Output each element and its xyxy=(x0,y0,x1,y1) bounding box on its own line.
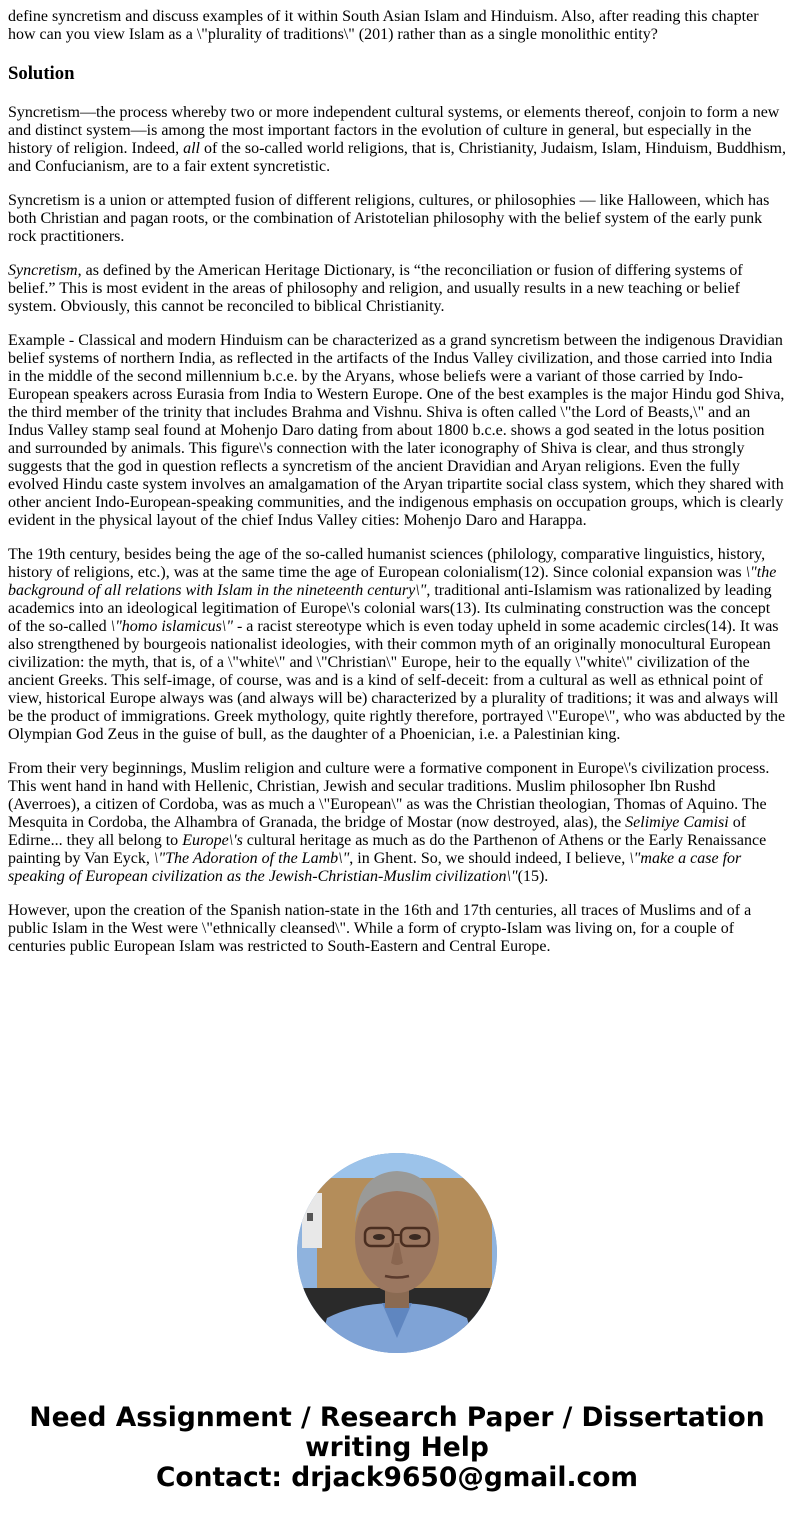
paragraph-spanish-nation-state: However, upon the creation of the Spanis… xyxy=(8,902,786,956)
paragraph-syncretism-definition: Syncretism—the process whereby two or mo… xyxy=(8,104,786,176)
author-photo-icon xyxy=(297,1153,497,1353)
promo-line-1: Need Assignment / Research Paper / Disse… xyxy=(0,1403,794,1433)
promo-banner: Need Assignment / Research Paper / Disse… xyxy=(0,1403,794,1493)
emphasis-text: \"The Adoration of the Lamb\" xyxy=(154,850,349,867)
avatar xyxy=(297,1153,497,1353)
question-text: define syncretism and discuss examples o… xyxy=(8,8,786,44)
emphasis-text: Syncretism xyxy=(8,262,78,279)
document-body: define syncretism and discuss examples o… xyxy=(8,8,786,972)
paragraph-hinduism-example: Example - Classical and modern Hinduism … xyxy=(8,332,786,530)
emphasis-text: \"homo islamicus\" xyxy=(111,618,233,635)
promo-contact-email: Contact: drjack9650@gmail.com xyxy=(0,1463,794,1493)
solution-heading: Solution xyxy=(8,63,786,85)
promo-line-2: writing Help xyxy=(0,1433,794,1463)
paragraph-dictionary-definition: Syncretism, as defined by the American H… xyxy=(8,262,786,316)
text-run: The 19th century, besides being the age … xyxy=(8,546,765,581)
text-run: - a racist stereotype which is even toda… xyxy=(8,618,785,743)
emphasis-text: Selimiye Camisi xyxy=(625,814,729,831)
text-run: , as defined by the American Heritage Di… xyxy=(8,262,743,315)
emphasis-text: Europe\'s xyxy=(182,832,243,849)
paragraph-19th-century: The 19th century, besides being the age … xyxy=(8,546,786,744)
text-run: , in Ghent. So, we should indeed, I beli… xyxy=(349,850,629,867)
emphasis-text: all xyxy=(183,140,200,157)
paragraph-syncretism-union: Syncretism is a union or attempted fusio… xyxy=(8,192,786,246)
paragraph-muslim-culture-europe: From their very beginnings, Muslim relig… xyxy=(8,760,786,886)
text-run: (15). xyxy=(518,868,549,885)
